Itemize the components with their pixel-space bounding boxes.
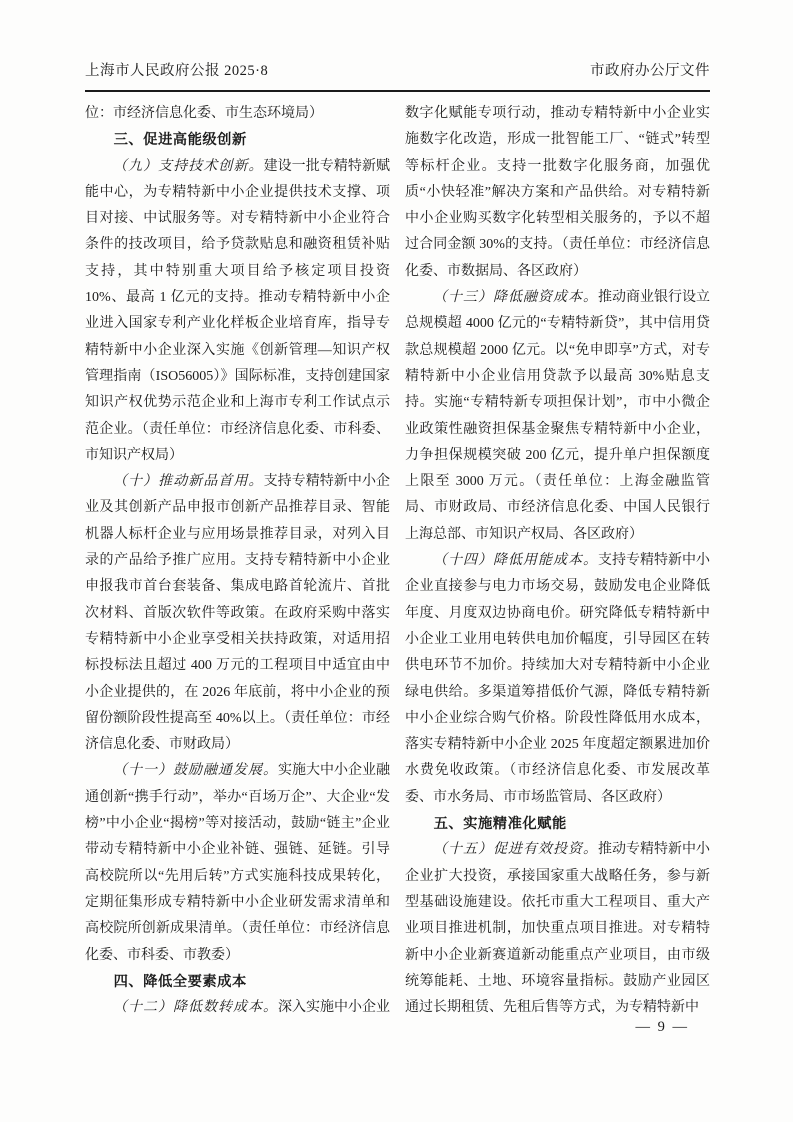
paragraph-15-body-start: 推动专精特新中小企业扩大投资，承接国家重大战略任务，参与新型基础设施建设。依托市… bbox=[405, 842, 710, 1015]
left-column: 位：市经济信息化委、市生态环境局） 三、促进高能级创新 （九）支持技术创新。建设… bbox=[85, 101, 390, 1021]
paragraph-9-lead: （九）支持技术创新。 bbox=[113, 159, 264, 174]
paragraph-14: （十四）降低用能成本。支持专精特新中小企业直接参与电力市场交易，鼓励发电企业降低… bbox=[405, 548, 710, 811]
paragraph-10-body: 支持专精特新中小企业及其创新产品申报市创新产品推荐目录、智能机器人标杆企业与应用… bbox=[85, 474, 390, 752]
page-number: — 9 — bbox=[636, 1019, 690, 1036]
paragraph-11: （十一）鼓励融通发展。实施大中小企业融通创新“携手行动”，举办“百场万企”、大企… bbox=[85, 758, 390, 968]
section-heading-4: 四、降低全要素成本 bbox=[85, 969, 390, 995]
paragraph-15: （十五）促进有效投资。推动专精特新中小企业扩大投资，承接国家重大战略任务，参与新… bbox=[405, 837, 710, 1021]
paragraph-12-continued: 数字化赋能专项行动，推动专精特新中小企业实施数字化改造，形成一批智能工厂、“链式… bbox=[405, 101, 710, 285]
section-heading-5: 五、实施精准化赋能 bbox=[405, 811, 710, 837]
paragraph-13-body: 推动商业银行设立总规模超 4000 亿元的“专精特新贷”，其中信用贷款总规模超 … bbox=[405, 290, 710, 542]
right-column: 数字化赋能专项行动，推动专精特新中小企业实施数字化改造，形成一批智能工厂、“链式… bbox=[405, 101, 710, 1021]
paragraph-14-body: 支持专精特新中小企业直接参与电力市场交易，鼓励发电企业降低年度、月度双边协商电价… bbox=[405, 553, 710, 805]
header-rule bbox=[85, 90, 710, 92]
paragraph-15-lead: （十五）促进有效投资。 bbox=[433, 842, 598, 857]
paragraph-13: （十三）降低融资成本。推动商业银行设立总规模超 4000 亿元的“专精特新贷”，… bbox=[405, 285, 710, 548]
paragraph-12-body-start: 深入实施中小企业 bbox=[278, 1000, 390, 1015]
paragraph-11-lead: （十一）鼓励融通发展。 bbox=[113, 763, 278, 778]
continuation-line: 位：市经济信息化委、市生态环境局） bbox=[85, 101, 390, 127]
paragraph-10-lead: （十）推动新品首用。 bbox=[113, 474, 264, 489]
paragraph-10: （十）推动新品首用。支持专精特新中小企业及其创新产品申报市创新产品推荐目录、智能… bbox=[85, 469, 390, 758]
paragraph-11-body: 实施大中小企业融通创新“携手行动”，举办“百场万企”、大企业“发榜”中小企业“揭… bbox=[85, 763, 390, 962]
section-heading-3: 三、促进高能级创新 bbox=[85, 127, 390, 153]
paragraph-9-body: 建设一批专精特新赋能中心，为专精特新中小企业提供技术支撑、项目对接、中试服务等。… bbox=[85, 159, 390, 463]
paragraph-9: （九）支持技术创新。建设一批专精特新赋能中心，为专精特新中小企业提供技术支撑、项… bbox=[85, 154, 390, 470]
header-right-label: 市政府办公厅文件 bbox=[590, 59, 710, 80]
gazette-page: 上海市人民政府公报 2025·8 市政府办公厅文件 位：市经济信息化委、市生态环… bbox=[0, 0, 793, 1122]
paragraph-14-lead: （十四）降低用能成本。 bbox=[433, 553, 598, 568]
paragraph-12-start: （十二）降低数转成本。深入实施中小企业 bbox=[85, 995, 390, 1021]
paragraph-13-lead: （十三）降低融资成本。 bbox=[433, 290, 598, 305]
paragraph-12-lead: （十二）降低数转成本。 bbox=[113, 1000, 278, 1015]
page-header: 上海市人民政府公报 2025·8 市政府办公厅文件 bbox=[85, 59, 710, 80]
content-columns: 位：市经济信息化委、市生态环境局） 三、促进高能级创新 （九）支持技术创新。建设… bbox=[85, 101, 710, 1021]
header-left-title: 上海市人民政府公报 2025·8 bbox=[85, 59, 268, 80]
